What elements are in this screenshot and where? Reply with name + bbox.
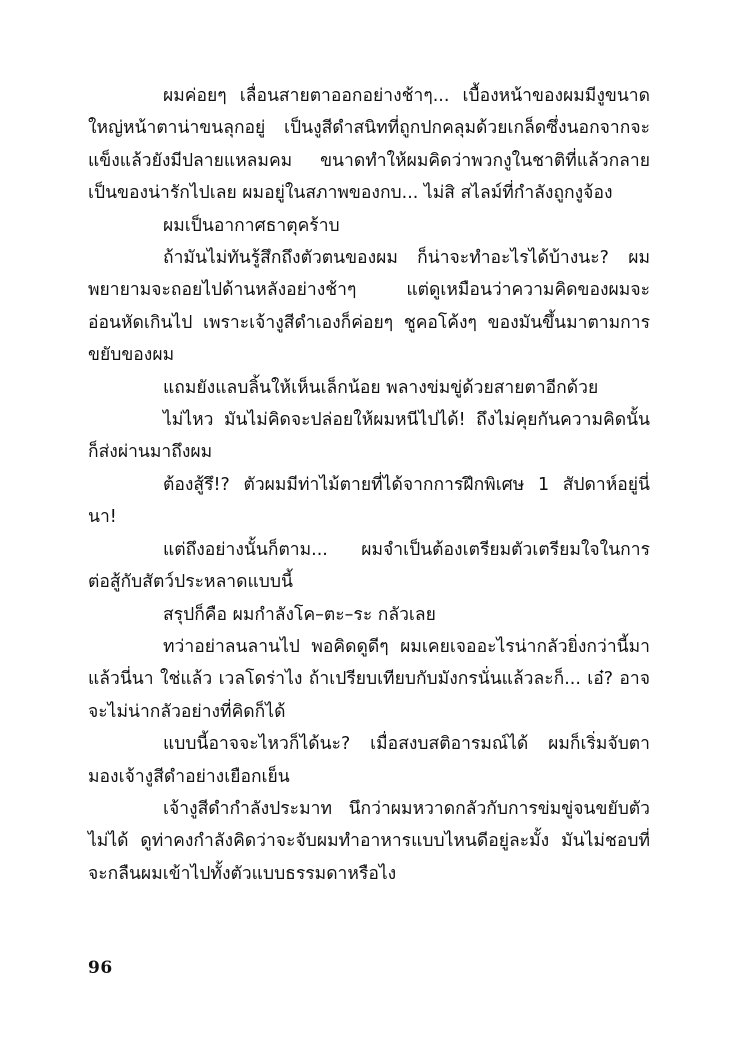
- paragraph-6: ต้องสู้รึ!? ตัวผมมีท่าไม้ตายที่ได้จากการ…: [88, 469, 650, 534]
- paragraph-5: ไม่ไหว มันไม่คิดจะปล่อยให้ผมหนีไปได้! ถึ…: [88, 404, 650, 469]
- paragraph-11: เจ้างูสีดำกำลังประมาท นึกว่าผมหวาดกลัวกั…: [88, 793, 650, 890]
- paragraph-2: ผมเป็นอากาศธาตุคร้าบ: [88, 210, 650, 242]
- paragraph-9: ทว่าอย่าลนลานไป พอคิดดูดีๆ ผมเคยเจออะไรน…: [88, 631, 650, 728]
- paragraph-8: สรุปก็คือ ผมกำลังโค–ตะ–ระ กลัวเลย: [88, 599, 650, 631]
- page-number: 96: [88, 958, 113, 978]
- paragraph-3: ถ้ามันไม่ทันรู้สึกถึงตัวตนของผม ก็น่าจะท…: [88, 242, 650, 372]
- paragraph-10: แบบนี้อาจจะไหวก็ได้นะ? เมื่อสงบสติอารมณ์…: [88, 728, 650, 793]
- paragraph-7: แต่ถึงอย่างนั้นก็ตาม... ผมจำเป็นต้องเตรี…: [88, 534, 650, 599]
- book-page: ผมค่อยๆ เลื่อนสายตาออกอย่างช้าๆ... เบื้อ…: [0, 0, 738, 1051]
- page-body-text: ผมค่อยๆ เลื่อนสายตาออกอย่างช้าๆ... เบื้อ…: [88, 80, 650, 890]
- paragraph-4: แถมยังแลบลิ้นให้เห็นเล็กน้อย พลางข่มขู่ด…: [88, 372, 650, 404]
- paragraph-1: ผมค่อยๆ เลื่อนสายตาออกอย่างช้าๆ... เบื้อ…: [88, 80, 650, 210]
